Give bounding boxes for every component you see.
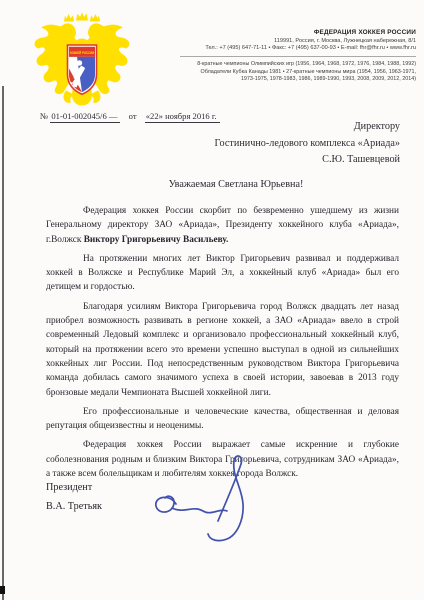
logo-banner-text: ХОККЕЙ РОССИИ [70,51,95,55]
letterhead-divider [180,56,416,57]
signature-block: Президент В.А. Третьяк [46,479,102,516]
letter-page: ХОККЕЙ РОССИИ ФЕДЕРАЦИЯ ХОККЕЯ РОССИИ 11… [0,0,424,600]
paragraph-3: Благодаря усилиям Виктора Григорьевича г… [46,300,399,400]
recipient-block: Директору Гостинично-ледового комплекса … [215,119,400,169]
salutation: Уважаемая Светлана Юрьевна! [66,179,406,190]
signature-ink [146,450,274,548]
reference-line: № 01-01-002045/6 — от «22» ноября 2016 г… [40,111,220,121]
org-contacts: Тел.: +7 (495) 647-71-11 • Факс: +7 (495… [166,45,416,51]
paragraph-1-bold-name: Виктору Григорьевичу Васильеву. [84,235,229,245]
letter-body: Федерация хоккея России скорбит по безвр… [46,204,399,486]
recipient-organization: Гостинично-ледового комплекса «Ариада» [215,136,400,153]
ref-number: 01-01-002045/6 — [50,111,120,123]
fhr-eagle-logo: ХОККЕЙ РОССИИ [30,11,134,108]
recipient-position: Директору [215,119,400,136]
paragraph-1: Федерация хоккея России скорбит по безвр… [46,204,399,247]
ref-prefix: № [40,111,48,121]
org-name: ФЕДЕРАЦИЯ ХОККЕЯ РОССИИ [166,29,416,36]
scan-corner-mark [0,586,5,594]
achievements-line-2: Обладатели Кубка Канады 1981 • 27-кратны… [166,69,416,77]
recipient-name: С.Ю. Ташевцевой [215,152,400,169]
achievements-line-1: 8-кратные чемпионы Олимпийских игр (1956… [166,61,416,69]
signer-name: В.А. Третьяк [46,498,102,517]
achievements-line-3: 1973-1975, 1978-1983, 1986, 1989-1990, 1… [166,76,416,84]
paragraph-2: На протяжении многих лет Виктор Григорье… [46,252,399,295]
signer-title: Президент [46,479,102,498]
ref-date: «22» ноября 2016 г. [145,111,220,123]
ref-ot: от [129,111,137,121]
paragraph-4: Его профессиональные и человеческие каче… [46,405,399,434]
scan-edge-line [2,86,4,600]
achievements-block: 8-кратные чемпионы Олимпийских игр (1956… [166,61,416,84]
org-address: 119991, Россия, г. Москва, Лужнецкая наб… [166,38,416,44]
letterhead-text-block: ФЕДЕРАЦИЯ ХОККЕЯ РОССИИ 119991, Россия, … [166,29,416,84]
